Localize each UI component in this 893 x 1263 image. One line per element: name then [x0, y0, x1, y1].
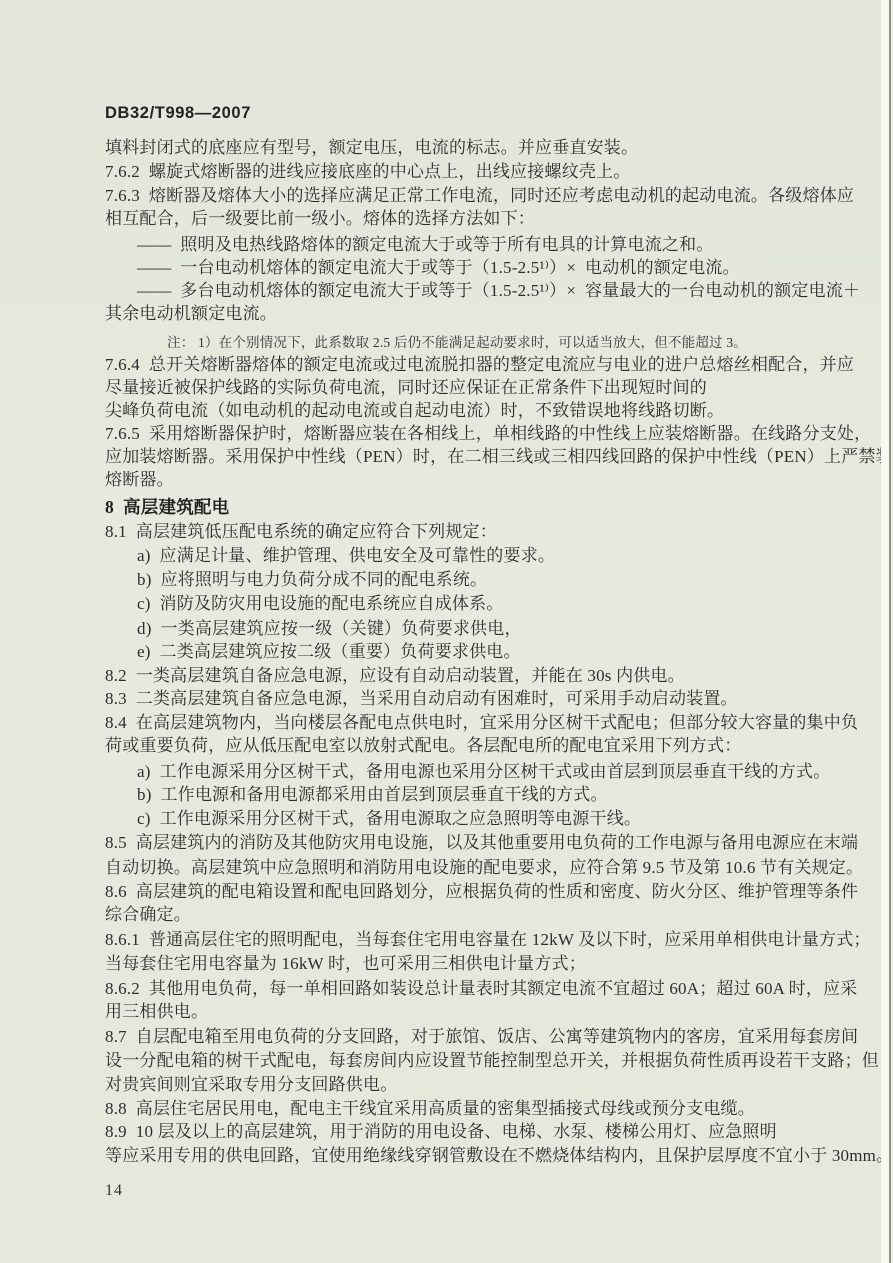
text-line: 自动切换。高层建筑中应急照明和消防用电设施的配电要求，应符合第 9.5 节及第 … [105, 856, 863, 879]
text-line: 8.3 二类高层建筑自备应急电源，当采用自动启动有困难时，可采用手动启动装置。 [105, 687, 738, 710]
text-line: —— 多台电动机熔体的额定电流大于或等于（1.5-2.5¹⁾）× 容量最大的一台… [137, 279, 860, 302]
text-line: —— 一台电动机熔体的额定电流大于或等于（1.5-2.5¹⁾）× 电动机的额定电… [137, 256, 740, 279]
text-line: 用三相供电。 [105, 1000, 208, 1023]
text-line: 8.8 高层住宅居民用电，配电主干线宜采用高质量的密集型插接式母线或预分支电缆。 [105, 1097, 755, 1120]
text-line: a) 工作电源采用分区树干式，备用电源也采用分区树干式或由首层到顶层垂直干线的方… [137, 760, 830, 783]
text-line: 7.6.5 采用熔断器保护时，熔断器应装在各相线上，单相线路的中性线上应装熔断器… [105, 422, 871, 445]
text-line: c) 消防及防灾用电设施的配电系统应自成体系。 [137, 592, 504, 615]
text-line: 应加装熔断器。采用保护中性线（PEN）时，在二相三线或三相四线回路的保护中性线（… [105, 445, 893, 468]
text-line: 7.6.2 螺旋式熔断器的进线应接底座的中心点上，出线应接螺纹壳上。 [105, 160, 631, 183]
text-line: —— 照明及电热线路熔体的额定电流大于或等于所有电具的计算电流之和。 [137, 233, 714, 256]
text-line: 8.6.2 其他用电负荷，每一单相回路如装设总计量表时其额定电流不宜超过 60A… [105, 977, 857, 1000]
scan-edge-highlight [881, 0, 889, 1263]
text-line: 荷或重要负荷，应从低压配电室以放射式配电。各层配电所的配电宜采用下列方式： [105, 734, 741, 757]
text-line: 填料封闭式的底座应有型号，额定电压，电流的标志。并应垂直安装。 [105, 136, 638, 159]
text-line: 综合确定。 [105, 903, 191, 926]
text-line: 相互配合，后一级要比前一级小。熔体的选择方法如下： [105, 207, 535, 230]
text-line: 8.1 高层建筑低压配电系统的确定应符合下列规定： [105, 520, 497, 543]
text-line: 8.7 自层配电箱至用电负荷的分支回路，对于旅馆、饭店、公寓等建筑物内的客房，宜… [105, 1025, 858, 1048]
doc-body: 填料封闭式的底座应有型号，额定电压，电流的标志。并应垂直安装。7.6.2 螺旋式… [105, 0, 865, 1263]
text-line: 注： 1）在个别情况下，此系数取 2.5 后仍不能满足起动要求时，可以适当放大，… [167, 331, 747, 354]
text-line: d) 一类高层建筑应按一级（关键）负荷要求供电， [137, 617, 522, 640]
text-line: 8.6 高层建筑的配电箱设置和配电回路划分，应根据负荷的性质和密度、防火分区、维… [105, 880, 858, 903]
text-line: 7.6.4 总开关熔断器熔体的额定电流或过电流脱扣器的整定电流应与电业的进户总熔… [105, 353, 854, 376]
text-line: 熔断器。 [105, 468, 174, 491]
text-line: 尽量接近被保护线路的实际负荷电流，同时还应保证在正常条件下出现短时间的 [105, 376, 707, 399]
text-line: 8.5 高层建筑内的消防及其他防灾用电设施，以及其他重要用电负荷的工作电源与备用… [105, 831, 858, 854]
text-line: 尖峰负荷电流（如电动机的起动电流或自起动电流）时，不致错误地将线路切断。 [105, 399, 724, 422]
text-line: 8.6.1 普通高层住宅的照明配电，当每套住宅用电容量在 12kW 及以下时，应… [105, 928, 871, 951]
text-line: 7.6.3 熔断器及熔体大小的选择应满足正常工作电流，同时还应考虑电动机的起动电… [105, 184, 854, 207]
page-number: 14 [105, 1182, 123, 1200]
text-line: e) 二类高层建筑应按二级（重要）负荷要求供电。 [137, 640, 521, 663]
document-page: DB32/T998—2007 填料封闭式的底座应有型号，额定电压，电流的标志。并… [0, 0, 893, 1263]
section-heading: 8 高层建筑配电 [105, 496, 229, 519]
text-line: 8.9 10 层及以上的高层建筑，用于消防的用电设备、电梯、水泵、楼梯公用灯、应… [105, 1120, 777, 1143]
text-line: b) 工作电源和备用电源都采用由首层到顶层垂直干线的方式。 [137, 783, 608, 806]
text-line: 对贵宾间则宜采取专用分支回路供电。 [105, 1073, 397, 1096]
text-line: b) 应将照明与电力负荷分成不同的配电系统。 [137, 568, 487, 591]
text-line: 8.4 在高层建筑物内，当向楼层各配电点供电时，宜采用分区树干式配电；但部分较大… [105, 711, 858, 734]
text-line: 8.2 一类高层建筑自备应急电源，应设有自动启动装置，并能在 30s 内供电。 [105, 664, 685, 687]
text-line: 等应采用专用的供电回路，宜使用绝缘线穿钢管敷设在不燃烧体结构内，且保护层厚度不宜… [105, 1144, 893, 1167]
text-line: 当每套住宅用电容量为 16kW 时，也可采用三相供电计量方式； [105, 952, 586, 975]
text-line: c) 工作电源采用分区树干式，备用电源取之应急照明等电源干线。 [137, 807, 641, 830]
text-line: a) 应满足计量、维护管理、供电安全及可靠性的要求。 [137, 544, 555, 567]
text-line: 其余电动机额定电流。 [105, 302, 277, 325]
text-line: 设一分配电箱的树干式配电，每套房间内应设置节能控制型总开关，并根据负荷性质再设若… [105, 1049, 879, 1072]
